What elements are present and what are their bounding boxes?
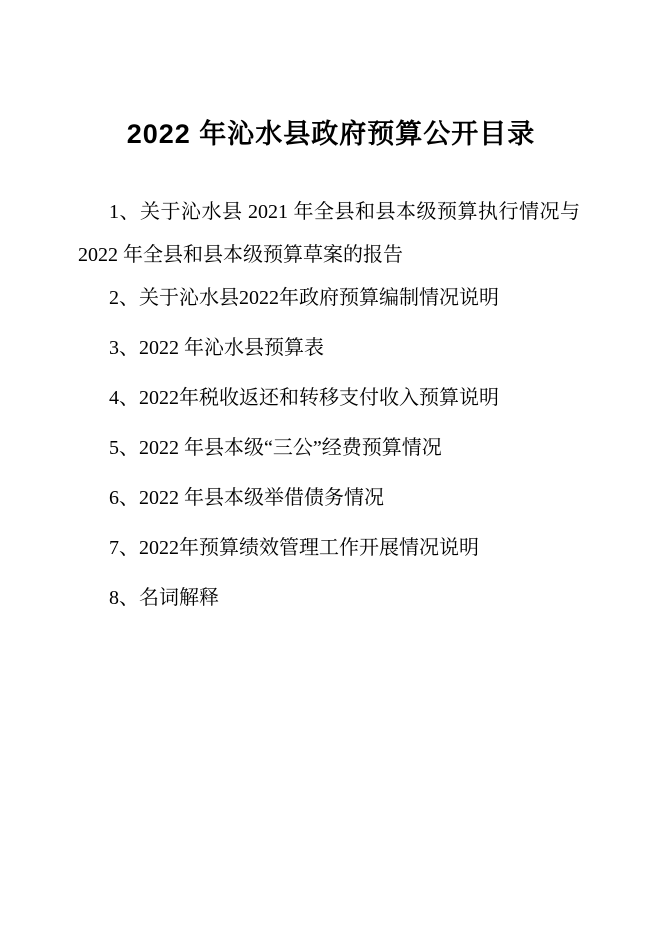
toc-item-1: 1、关于沁水县 2021 年全县和县本级预算执行情况与 2022 年全县和县本级… — [78, 191, 580, 277]
toc-list: 1、关于沁水县 2021 年全县和县本级预算执行情况与 2022 年全县和县本级… — [78, 191, 580, 620]
toc-item-8: 8、名词解释 — [78, 577, 580, 620]
toc-item-2: 2、关于沁水县2022年政府预算编制情况说明 — [78, 277, 580, 320]
toc-item-6: 6、2022 年县本级举借债务情况 — [78, 477, 580, 520]
document-title: 2022 年沁水县政府预算公开目录 — [0, 0, 662, 154]
toc-item-3: 3、2022 年沁水县预算表 — [78, 327, 580, 370]
toc-item-4: 4、2022年税收返还和转移支付收入预算说明 — [78, 377, 580, 420]
toc-item-7: 7、2022年预算绩效管理工作开展情况说明 — [78, 527, 580, 570]
toc-item-5: 5、2022 年县本级“三公”经费预算情况 — [78, 427, 580, 470]
document-page: 2022 年沁水县政府预算公开目录 1、关于沁水县 2021 年全县和县本级预算… — [0, 0, 662, 936]
